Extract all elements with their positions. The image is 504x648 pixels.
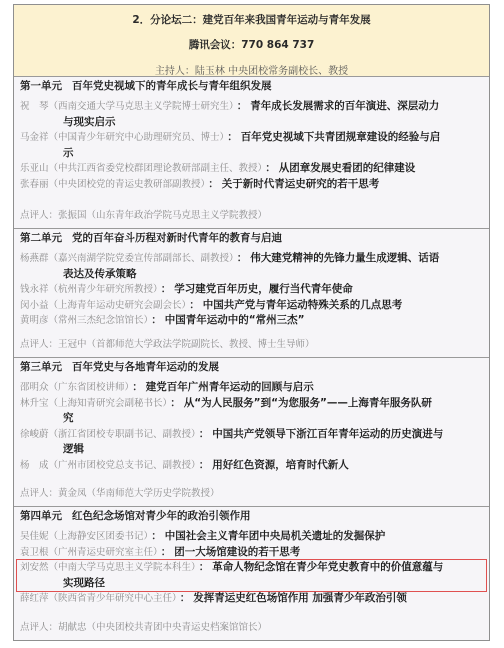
reviewer: 点评人：张振国（山东青年政治学院马克思主义学院教授） <box>20 204 267 226</box>
talk-topic: 中国共产党领导下浙江百年青年运动的历史演进与 <box>212 428 443 440</box>
speaker: 祝 琴（西南交通大学马克思主义学院博士研究生） <box>20 101 234 112</box>
talk-topic: 关于新时代青运史研究的若干思考 <box>222 178 380 190</box>
speaker: 徐峻蔚（浙江省团校专职副书记、副教授） <box>20 429 196 440</box>
speaker: 乐亚山（中共江西省委党校群团理论教研部副主任、教授） <box>20 163 262 174</box>
unit-topic: 百年党史视域下的青年成长与青年组织发展 <box>72 80 272 92</box>
talk-topic: 建党百年广州青年运动的回顾与启示 <box>146 381 314 393</box>
speaker: 钱永祥（杭州青少年研究所教授） <box>20 284 158 295</box>
talk-topic: 伟大建党精神的先锋力量生成逻辑、话语 <box>250 252 439 264</box>
talk-topic: 青年成长发展需求的百年演进、深层动力 <box>250 100 439 112</box>
speaker: 杨 成（广州市团校党总支书记、副教授） <box>20 460 196 471</box>
talk-item: 杨 成（广州市团校党总支书记、副教授）：用好红色资源，培育时代新人 <box>20 458 483 474</box>
unit-3: 第三单元百年党史与各地青年运动的发展 邵明众（广东省团校讲师）：建党百年广州青年… <box>14 358 489 507</box>
talk-item: 闵小益（上海青年运动史研究会副会长）：中国共产党与青年运动特殊关系的几点思考 <box>20 298 483 314</box>
speaker: 邵明众（广东省团校讲师） <box>20 382 129 393</box>
talk-topic-cont: 与现实启示 <box>20 115 483 131</box>
speaker: 黄明彦（常州三杰纪念馆馆长） <box>20 315 148 326</box>
unit-topic: 红色纪念场馆对青少年的政治引领作用 <box>72 510 251 522</box>
reviewer: 点评人：胡献忠（中央团校共青团中央青运史档案馆馆长） <box>20 616 267 638</box>
unit-title: 第二单元党的百年奋斗历程对新时代青年的教育与启迪 <box>20 229 483 247</box>
talk-topic-cont: 实现路径 <box>20 576 486 592</box>
talk-topic: 用好红色资源，培育时代新人 <box>212 459 349 471</box>
unit-label: 第二单元 <box>20 232 62 244</box>
speaker: 闵小益（上海青年运动史研究会副会长） <box>20 300 186 311</box>
unit-4: 第四单元红色纪念场馆对青少年的政治引领作用 吴佳妮（上海静安区团委书记）：中国社… <box>14 507 489 640</box>
highlighted-talk-item: 刘安然（中南大学马克思主义学院本科生）：革命人物纪念馆在青少年党史教育中的价值意… <box>17 560 486 591</box>
talk-topic: 百年党史视域下共青团规章建设的经验与启 <box>241 131 441 143</box>
talk-item: 张春丽（中央团校党的青运史教研部副教授）：关于新时代青运史研究的若干思考 <box>20 177 483 193</box>
talk-topic-cont: 表达及传承策略 <box>20 267 483 283</box>
talk-topic-cont: 示 <box>20 146 483 162</box>
forum-header: 2．分论坛二：建党百年来我国青年运动与青年发展 腾讯会议：770 864 737… <box>14 5 489 77</box>
talk-item: 祝 琴（西南交通大学马克思主义学院博士研究生）：青年成长发展需求的百年演进、深层… <box>20 99 483 130</box>
talk-topic: 中国社会主义青年团中央局机关遗址的发掘保护 <box>165 530 386 542</box>
unit-title: 第四单元红色纪念场馆对青少年的政治引领作用 <box>20 507 483 525</box>
talk-topic: 团一大场馆建设的若干思考 <box>174 546 300 558</box>
forum-title: 2．分论坛二：建党百年来我国青年运动与青年发展 <box>14 12 489 27</box>
speaker: 杨燕群（嘉兴南湖学院党委宣传部副部长、副教授） <box>20 253 234 264</box>
talk-item: 徐峻蔚（浙江省团校专职副书记、副教授）：中国共产党领导下浙江百年青年运动的历史演… <box>20 427 483 458</box>
speaker: 薛红萍（陕西省青少年研究中心主任） <box>20 593 177 604</box>
unit-title: 第一单元百年党史视域下的青年成长与青年组织发展 <box>20 77 483 95</box>
reviewer: 点评人：黄金凤（华南师范大学历史学院教授） <box>20 482 220 504</box>
speaker: 林升宝（上海知青研究会副秘书长） <box>20 398 167 409</box>
meeting-id: 腾讯会议：770 864 737 <box>14 37 489 52</box>
speaker: 马金祥（中国青少年研究中心助理研究员、博士） <box>20 132 224 143</box>
speaker: 袁卫根（广州青运史研究室主任） <box>20 547 158 558</box>
talk-topic: 学习建党百年历史，履行当代青年使命 <box>174 283 353 295</box>
unit-label: 第四单元 <box>20 510 62 522</box>
unit-1: 第一单元百年党史视域下的青年成长与青年组织发展 祝 琴（西南交通大学马克思主义学… <box>14 77 489 229</box>
talk-topic: 从团章发展史看团的纪律建设 <box>279 162 416 174</box>
talk-topic: 中国共产党与青年运动特殊关系的几点思考 <box>203 299 403 311</box>
unit-label: 第三单元 <box>20 361 62 373</box>
talk-topic-cont: 究 <box>20 411 483 427</box>
talk-item: 钱永祥（杭州青少年研究所教授）：学习建党百年历史，履行当代青年使命 <box>20 282 483 298</box>
unit-label: 第一单元 <box>20 80 62 92</box>
talk-item: 邵明众（广东省团校讲师）：建党百年广州青年运动的回顾与启示 <box>20 380 483 396</box>
forum-schedule-table: 2．分论坛二：建党百年来我国青年运动与青年发展 腾讯会议：770 864 737… <box>13 4 490 641</box>
speaker: 刘安然（中南大学马克思主义学院本科生） <box>20 562 196 573</box>
talk-topic: 发挥青运史红色场馆作用 加强青少年政治引领 <box>193 592 407 604</box>
talk-item: 马金祥（中国青少年研究中心助理研究员、博士）：百年党史视域下共青团规章建设的经验… <box>20 130 483 161</box>
speaker: 张春丽（中央团校党的青运史教研部副教授） <box>20 179 205 190</box>
unit-2: 第二单元党的百年奋斗历程对新时代青年的教育与启迪 杨燕群（嘉兴南湖学院党委宣传部… <box>14 229 489 358</box>
talk-item: 袁卫根（广州青运史研究室主任）：团一大场馆建设的若干思考 <box>20 545 483 561</box>
unit-title: 第三单元百年党史与各地青年运动的发展 <box>20 358 483 376</box>
talk-topic: 革命人物纪念馆在青少年党史教育中的价值意蕴与 <box>212 561 443 573</box>
talk-item: 杨燕群（嘉兴南湖学院党委宣传部副部长、副教授）：伟大建党精神的先锋力量生成逻辑、… <box>20 251 483 282</box>
talk-item: 吴佳妮（上海静安区团委书记）：中国社会主义青年团中央局机关遗址的发掘保护 <box>20 529 483 545</box>
talk-topic: 中国青年运动中的“常州三杰” <box>165 314 305 326</box>
unit-topic: 党的百年奋斗历程对新时代青年的教育与启迪 <box>72 232 282 244</box>
talk-item: 乐亚山（中共江西省委党校群团理论教研部副主任、教授）：从团章发展史看团的纪律建设 <box>20 161 483 177</box>
talk-item: 薛红萍（陕西省青少年研究中心主任）：发挥青运史红色场馆作用 加强青少年政治引领 <box>20 591 483 607</box>
talk-topic-cont: 逻辑 <box>20 442 483 458</box>
speaker: 吴佳妮（上海静安区团委书记） <box>20 531 148 542</box>
talk-item: 黄明彦（常州三杰纪念馆馆长）：中国青年运动中的“常州三杰” <box>20 313 483 329</box>
host-info: 主持人：陆玉林 中央团校常务副校长、教授 <box>14 62 489 77</box>
talk-item: 林升宝（上海知青研究会副秘书长）：从“为人民服务”到“为您服务”——上海青年服务… <box>20 396 483 427</box>
unit-topic: 百年党史与各地青年运动的发展 <box>72 361 219 373</box>
talk-topic: 从“为人民服务”到“为您服务”——上海青年服务队研 <box>184 397 432 409</box>
reviewer: 点评人：王冠中（首都师范大学政法学院副院长、教授、博士生导师） <box>20 333 315 355</box>
